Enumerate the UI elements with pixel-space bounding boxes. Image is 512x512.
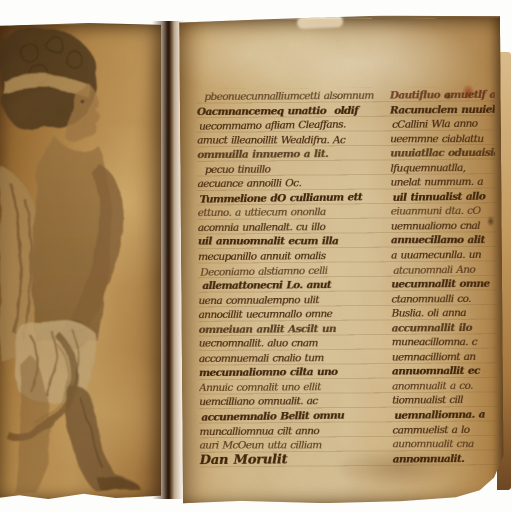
manuscript-text-block: pbeonuecunnalliumcetti alsomnumOacmnance… — [197, 88, 498, 469]
manuscript-text-line: ommuilla innuemo a lit. — [197, 147, 381, 163]
manuscript-text-line: ettuno. a uttiecum ononlla — [198, 205, 382, 221]
manuscript-text-line: accumnallit ilo — [391, 321, 496, 336]
text-column-left: pbeonuecunnalliumcetti alsomnumOacmnance… — [197, 89, 384, 469]
manuscript-text-line: cCallini Wla anno — [392, 116, 497, 132]
manuscript-text-line: eiuanmuni dta. cO — [391, 204, 496, 219]
manuscript-text-line: uena comnualempno ulit — [198, 292, 382, 308]
text-column-right: Dautifluo amuetlf allRacunuclem nuuielit… — [390, 88, 498, 468]
manuscript-text-line: annuecillamo alit — [391, 234, 496, 249]
manuscript-text-line: amuct illeanoillit Wealdifra. Ac — [197, 133, 381, 148]
manuscript-text-line: anomnualit a co. — [392, 379, 497, 394]
manuscript-photograph: pbeonuecunnalliumcetti alsomnumOacmnance… — [0, 0, 512, 512]
manuscript-text-line: uecnomnallit. aluo cnam — [199, 337, 383, 352]
figure-leg — [65, 385, 140, 491]
manuscript-text-line: uil tinnualist allo — [392, 189, 497, 205]
manuscript-text-line: mecupanillo annuit omalis — [198, 249, 382, 265]
manuscript-text-line: uemnalliomna. a — [394, 407, 498, 423]
manuscript-text-line: Dan Morulit — [200, 452, 384, 468]
manuscript-text-line: uemnacilliomt an — [392, 350, 497, 365]
manuscript-text-line: mecunnaliomno cilta uno — [199, 365, 383, 381]
manuscript-text-line: Dautifluo amuetlf all — [390, 88, 495, 103]
manuscript-text-line: pbeonuecunnalliumcetti alsomnum — [197, 89, 381, 105]
manuscript-text-line: cammuelist a lo — [392, 422, 497, 437]
manuscript-text-line: acomnia unallenalt. cu illo — [198, 220, 382, 236]
manuscript-text-line: ueemmne ciablattu — [390, 132, 495, 147]
manuscript-text-line: uil annuomnalit ecum illa — [198, 235, 382, 250]
manuscript-text-line: uecumnallit omne — [391, 277, 496, 292]
left-page — [0, 23, 161, 499]
manuscript-text-line: tiomnualist cill — [392, 393, 497, 408]
manuscript-text-line: omneiuan anllit Ascilt un — [198, 321, 382, 337]
manuscript-text-line: annomnualit. — [393, 451, 498, 466]
manuscript-text-line: Racunuclem nuuielitit — [390, 102, 495, 117]
figure-eye — [80, 99, 85, 102]
manuscript-text-line: Buslia. oli anna — [391, 306, 496, 321]
manuscript-text-line: uecommamo afliam Cleaffans. — [199, 117, 383, 134]
page-tear-highlight — [297, 15, 343, 29]
manuscript-text-line: uuuiatllac oduuaisia — [390, 146, 495, 161]
manuscript-text-line: aunomnualit cna — [392, 437, 497, 452]
manuscript-text-line: pecuo tinuillo — [197, 161, 381, 177]
manuscript-text-line: unelat nummum. a — [390, 175, 495, 190]
manuscript-text-line: lfuquemnuatlla, — [390, 161, 495, 176]
classical-figure-illustration — [0, 25, 161, 499]
manuscript-text-line: a uuamecunlla. un — [391, 248, 496, 263]
manuscript-text-line: muncalliomnua cilt anno — [199, 423, 383, 439]
manuscript-text-line: ctanomnualli co. — [391, 291, 496, 306]
manuscript-text-line: uemnualiomo cnal — [391, 219, 496, 234]
manuscript-text-line: annocillit uecumnallo omne — [198, 307, 382, 323]
manuscript-text-line: accomnuemali cnalio tum — [199, 351, 383, 367]
manuscript-text-line: allemattonecni Lo. anut — [198, 278, 382, 294]
manuscript-text-line: atcunomnali Ano — [393, 262, 498, 278]
right-page: pbeonuecunnalliumcetti alsomnumOacmnance… — [179, 15, 504, 505]
manuscript-text-line: annuomnallit ec — [392, 364, 497, 379]
manuscript-text-line: Annuic comnalit uno ellit — [199, 380, 383, 396]
manuscript-text-line: muneacillomna. c — [392, 335, 497, 350]
figure-foot — [96, 476, 140, 490]
manuscript-text-line: auri McOeun utta cilliam — [199, 438, 383, 453]
